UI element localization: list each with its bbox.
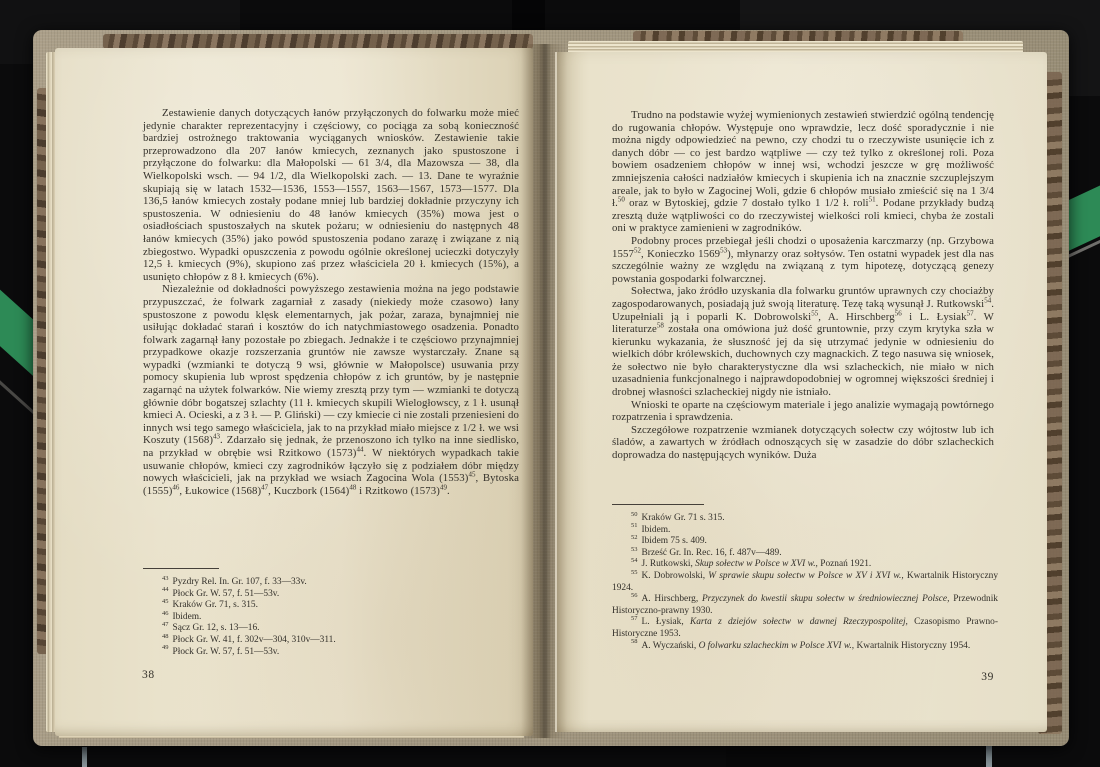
- body-paragraph: Niezależnie od dokładności powyższego ze…: [143, 283, 519, 497]
- footnote-number: 49: [162, 644, 169, 651]
- right-page-footnotes: 50Kraków Gr. 71 s. 315. 51Ibidem. 52Ibid…: [612, 513, 998, 652]
- footnote-text: K. Dobrowolski, W sprawie skupu sołectw …: [612, 571, 998, 593]
- footnote-separator: [143, 568, 219, 569]
- footnote: 51Ibidem.: [612, 525, 998, 537]
- footnote: 53Brześć Gr. In. Rec. 16, f. 487v—489.: [612, 548, 998, 560]
- footnote-number: 54: [631, 557, 638, 564]
- footnote: 57L. Łysiak, Karta z dziejów sołectw w d…: [612, 617, 998, 640]
- footnote: 48Płock Gr. W. 41, f. 302v—304, 310v—311…: [143, 635, 523, 647]
- left-page: Zestawienie danych dotyczących łanów prz…: [55, 48, 533, 736]
- footnote-number: 57: [631, 615, 638, 622]
- footnote: 54J. Rutkowski, Skup sołectw w Polsce w …: [612, 559, 998, 571]
- footnote-text: Brześć Gr. In. Rec. 16, f. 487v—489.: [642, 548, 782, 558]
- footnote-text: Ibidem.: [642, 525, 671, 535]
- body-paragraph: Zestawienie danych dotyczących łanów prz…: [143, 107, 519, 283]
- footnote: 46Ibidem.: [143, 612, 523, 624]
- page-curl-highlight: [555, 52, 557, 732]
- footnote: 50Kraków Gr. 71 s. 315.: [612, 513, 998, 525]
- footnote-number: 55: [631, 569, 638, 576]
- footnote: 49Płock Gr. W. 57, f. 51—53v.: [143, 647, 523, 659]
- body-paragraph: Szczegółowe rozpatrzenie wzmianek dotycz…: [612, 424, 994, 462]
- body-paragraph: Trudno na podstawie wyżej wymienionych z…: [612, 109, 994, 235]
- footnote-number: 44: [162, 586, 169, 593]
- body-paragraph: Sołectwa, jako źródło uzyskania dla folw…: [612, 285, 994, 398]
- footnote: 43Pyzdry Rel. In. Gr. 107, f. 33—33v.: [143, 577, 523, 589]
- footnote-text: Kraków Gr. 71, s. 315.: [173, 600, 258, 610]
- open-book: Zestawienie danych dotyczących łanów prz…: [33, 30, 1069, 746]
- footnote: 56A. Hirschberg, Przyczynek do kwestii s…: [612, 594, 998, 617]
- footnote-number: 50: [631, 511, 638, 518]
- footnote-number: 43: [162, 575, 169, 582]
- footnote-text: J. Rutkowski, Skup sołectw w Polsce w XV…: [642, 559, 872, 569]
- footnote: 47Sącz Gr. 12, s. 13—16.: [143, 623, 523, 635]
- footnote: 45Kraków Gr. 71, s. 315.: [143, 600, 523, 612]
- footnote: 52Ibidem 75 s. 409.: [612, 536, 998, 548]
- footnote-number: 45: [162, 598, 169, 605]
- footnote-number: 58: [631, 638, 638, 645]
- left-page-footnotes: 43Pyzdry Rel. In. Gr. 107, f. 33—33v. 44…: [143, 577, 523, 658]
- left-page-body: Zestawienie danych dotyczących łanów prz…: [143, 107, 519, 497]
- footnote-number: 56: [631, 592, 638, 599]
- footnote-text: Ibidem 75 s. 409.: [642, 536, 707, 546]
- footnote-text: Płock Gr. W. 57, f. 51—53v.: [173, 647, 280, 657]
- footnote-text: Płock Gr. W. 57, f. 51—53v.: [173, 589, 280, 599]
- page-number-39: 39: [612, 671, 994, 683]
- footnote: 55K. Dobrowolski, W sprawie skupu sołect…: [612, 571, 998, 594]
- footnote-text: Płock Gr. W. 41, f. 302v—304, 310v—311.: [173, 635, 336, 645]
- book-scan-scene: Zestawienie danych dotyczących łanów prz…: [0, 0, 1100, 767]
- footnote-text: A. Hirschberg, Przyczynek do kwestii sku…: [612, 594, 998, 616]
- footnote: 58A. Wyczański, O folwarku szlacheckim w…: [612, 641, 998, 653]
- footnote-number: 51: [631, 522, 638, 529]
- footnote-text: Kraków Gr. 71 s. 315.: [642, 513, 725, 523]
- footnote-text: Sącz Gr. 12, s. 13—16.: [173, 623, 260, 633]
- page-number-38: 38: [142, 669, 155, 681]
- footnote-text: Pyzdry Rel. In. Gr. 107, f. 33—33v.: [173, 577, 307, 587]
- footnote-text: L. Łysiak, Karta z dziejów sołectw w daw…: [612, 617, 998, 639]
- footnote-number: 52: [631, 534, 638, 541]
- footnote-number: 53: [631, 546, 638, 553]
- body-paragraph: Podobny proces przebiegał jeśli chodzi o…: [612, 235, 994, 285]
- footnote-number: 48: [162, 633, 169, 640]
- footnote-text: Ibidem.: [173, 612, 202, 622]
- footnote-text: A. Wyczański, O folwarku szlacheckim w P…: [642, 641, 971, 651]
- body-paragraph: Wnioski te oparte na częściowym material…: [612, 399, 994, 424]
- right-page: Trudno na podstawie wyżej wymienionych z…: [555, 52, 1047, 732]
- footnote-number: 47: [162, 621, 169, 628]
- page-edge-stain-top-left: [103, 34, 533, 49]
- stand-post-left: [82, 747, 87, 767]
- right-page-body: Trudno na podstawie wyżej wymienionych z…: [612, 109, 994, 462]
- footnote: 44Płock Gr. W. 57, f. 51—53v.: [143, 589, 523, 601]
- footnote-number: 46: [162, 610, 169, 617]
- footnote-separator: [612, 504, 704, 505]
